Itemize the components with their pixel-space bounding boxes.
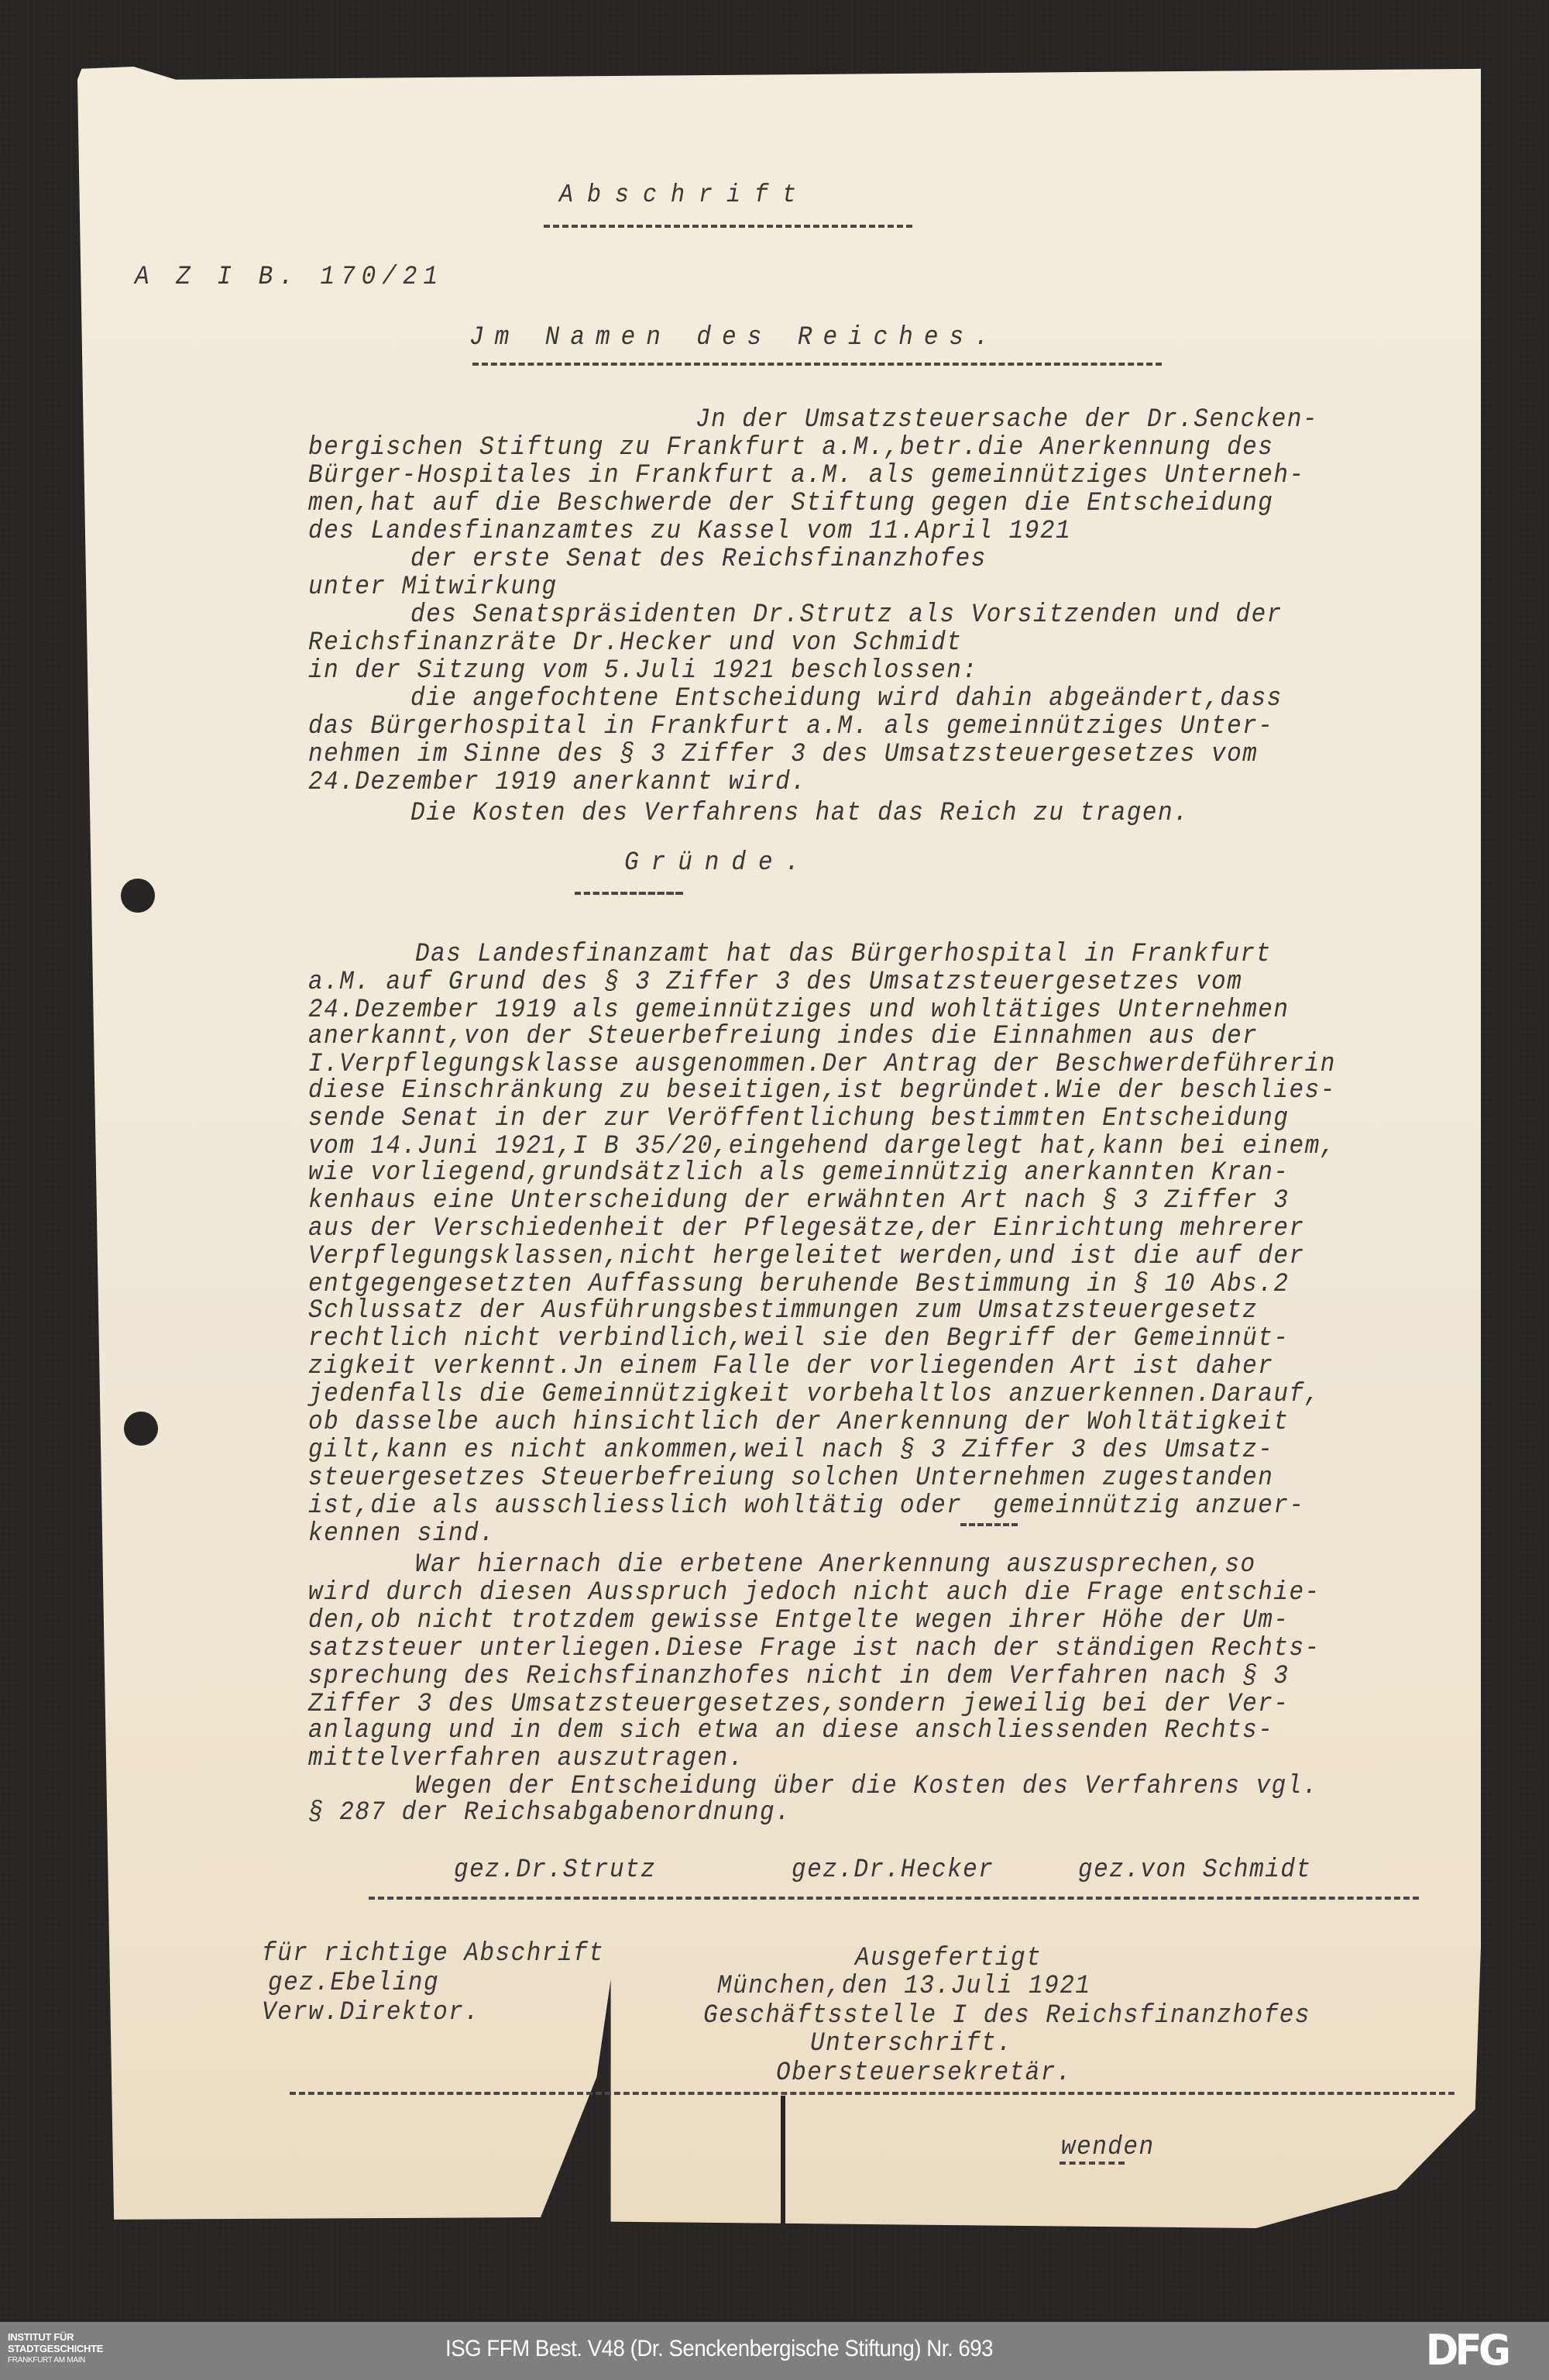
heading-underline — [544, 225, 912, 228]
reasons-line: gilt,kann es nicht ankommen,weil nach § … — [308, 1435, 1273, 1466]
reasons-line: Das Landesfinanzamt hat das Bürgerhospit… — [415, 939, 1272, 970]
reasons-line: War hiernach die erbetene Anerkennung au… — [415, 1549, 1256, 1580]
issuance-line: München,den 13.Juli 1921 — [717, 1971, 1090, 2002]
punch-hole-top — [121, 879, 155, 913]
preamble-line: men,hat auf die Beschwerde der Stiftung … — [308, 488, 1273, 519]
preamble-line: Reichsfinanzräte Dr.Hecker und von Schmi… — [308, 628, 962, 659]
reasons-line: zigkeit verkennt.Jn einem Falle der vorl… — [308, 1351, 1273, 1382]
signature-strutz: gez.Dr.Strutz — [454, 1855, 656, 1886]
institution-logo: INSTITUT FÜR STADTGESCHICHTE FRANKFURT A… — [8, 2331, 103, 2366]
reasons-line: Schlussatz der Ausführungsbestimmungen z… — [308, 1295, 1258, 1326]
preamble-line: Die Kosten des Verfahrens hat das Reich … — [410, 798, 1189, 829]
document-title: Jm Namen des Reiches. — [469, 322, 1000, 353]
reasons-line: anlagung und in dem sich etwa an diese a… — [308, 1715, 1273, 1746]
signature-divider — [369, 1897, 1419, 1900]
file-reference: A Z I B. 170/21 — [135, 262, 444, 293]
reasons-line: kenhaus eine Unterscheidung der erwähnte… — [308, 1185, 1290, 1216]
certification-line: gez.Ebeling — [268, 1968, 439, 1999]
document-heading: Abschrift — [559, 180, 810, 211]
reasons-line: rechtlich nicht verbindlich,weil sie den… — [308, 1323, 1290, 1354]
reasons-line: satzsteuer unterliegen.Diese Frage ist n… — [308, 1633, 1321, 1664]
institution-name-line1: INSTITUT FÜR — [8, 2331, 103, 2343]
institution-name-line2: STADTGESCHICHTE — [8, 2343, 103, 2354]
signature-hecker: gez.Dr.Hecker — [792, 1855, 994, 1886]
reasons-line: kennen sind. — [308, 1518, 495, 1549]
punch-hole-bottom — [124, 1412, 158, 1446]
issuance-line: Obersteuersekretär. — [776, 2058, 1072, 2089]
preamble-line: Jn der Umsatzsteuersache der Dr.Sencken- — [696, 404, 1318, 435]
preamble-line: das Bürgerhospital in Frankfurt a.M. als… — [308, 711, 1273, 742]
reasons-line: mittelverfahren auszutragen. — [308, 1743, 744, 1774]
institution-city: FRANKFURT AM MAIN — [8, 2354, 103, 2366]
reasons-line: sprechung des Reichsfinanzhofes nicht in… — [308, 1661, 1290, 1692]
reasons-line: wird durch diesen Ausspruch jedoch nicht… — [308, 1577, 1321, 1608]
dfg-logo: DFG — [1426, 2330, 1507, 2371]
reasons-heading: Gründe. — [624, 848, 812, 879]
reasons-line: § 287 der Reichsabgabenordnung. — [308, 1797, 791, 1828]
preamble-line: unter Mitwirkung — [308, 572, 558, 603]
reasons-line: wie vorliegend,grundsätzlich als gemeinn… — [308, 1157, 1290, 1188]
reasons-line: ist,die als ausschliesslich wohltätig od… — [308, 1491, 1305, 1522]
issuance-line: Ausgefertigt — [855, 1943, 1042, 1974]
preamble-line: bergischen Stiftung zu Frankfurt a.M.,be… — [308, 432, 1273, 463]
reasons-line: ob dasselbe auch hinsichtlich der Anerke… — [308, 1407, 1290, 1438]
preamble-line: die angefochtene Entscheidung wird dahin… — [410, 683, 1283, 714]
reasons-line: steuergesetzes Steuerbefreiung solchen U… — [308, 1463, 1273, 1494]
issuance-line: Unterschrift. — [810, 2028, 1012, 2059]
certification-line: für richtige Abschrift — [262, 1938, 604, 1969]
reasons-line: diese Einschränkung zu beseitigen,ist be… — [308, 1075, 1336, 1106]
preamble-line: der erste Senat des Reichsfinanzhofes — [410, 544, 987, 575]
issuance-line: Geschäftsstelle I des Reichsfinanzhofes — [703, 2000, 1310, 2031]
preamble-line: in der Sitzung vom 5.Juli 1921 beschloss… — [308, 655, 977, 686]
archive-caption: ISG FFM Best. V48 (Dr. Senckenbergische … — [445, 2336, 993, 2362]
paper-tear — [781, 2096, 785, 2235]
emphasis-underline-oder — [960, 1523, 1018, 1526]
turn-note-underline — [1060, 2162, 1125, 2165]
preamble-line: nehmen im Sinne des § 3 Ziffer 3 des Ums… — [308, 739, 1258, 770]
signature-schmidt: gez.von Schmidt — [1078, 1855, 1312, 1886]
turn-page-note: wenden — [1061, 2132, 1155, 2163]
preamble-line: 24.Dezember 1919 anerkannt wird. — [308, 767, 806, 798]
preamble-line: des Landesfinanzamtes zu Kassel vom 11.A… — [308, 516, 1071, 547]
preamble-line: des Senatspräsidenten Dr.Strutz als Vors… — [410, 600, 1283, 631]
closing-divider — [290, 2092, 1455, 2095]
reasons-line: a.M. auf Grund des § 3 Ziffer 3 des Umsa… — [308, 967, 1242, 998]
reasons-line: Verpflegungsklassen,nicht hergeleitet we… — [308, 1241, 1305, 1272]
reasons-line: sende Senat in der zur Veröffentlichung … — [308, 1103, 1290, 1134]
title-underline — [472, 363, 1162, 366]
archive-footer: INSTITUT FÜR STADTGESCHICHTE FRANKFURT A… — [0, 2322, 1549, 2380]
reasons-line: jedenfalls die Gemeinnützigkeit vorbehal… — [308, 1379, 1321, 1410]
reasons-heading-underline — [575, 892, 682, 895]
certification-line: Verw.Direktor. — [262, 1997, 479, 2028]
reasons-line: den,ob nicht trotzdem gewisse Entgelte w… — [308, 1605, 1290, 1636]
reasons-line: anerkannt,von der Steuerbefreiung indes … — [308, 1021, 1258, 1052]
preamble-line: Bürger-Hospitales in Frankfurt a.M. als … — [308, 460, 1305, 491]
reasons-line: aus der Verschiedenheit der Pflegesätze,… — [308, 1213, 1305, 1244]
